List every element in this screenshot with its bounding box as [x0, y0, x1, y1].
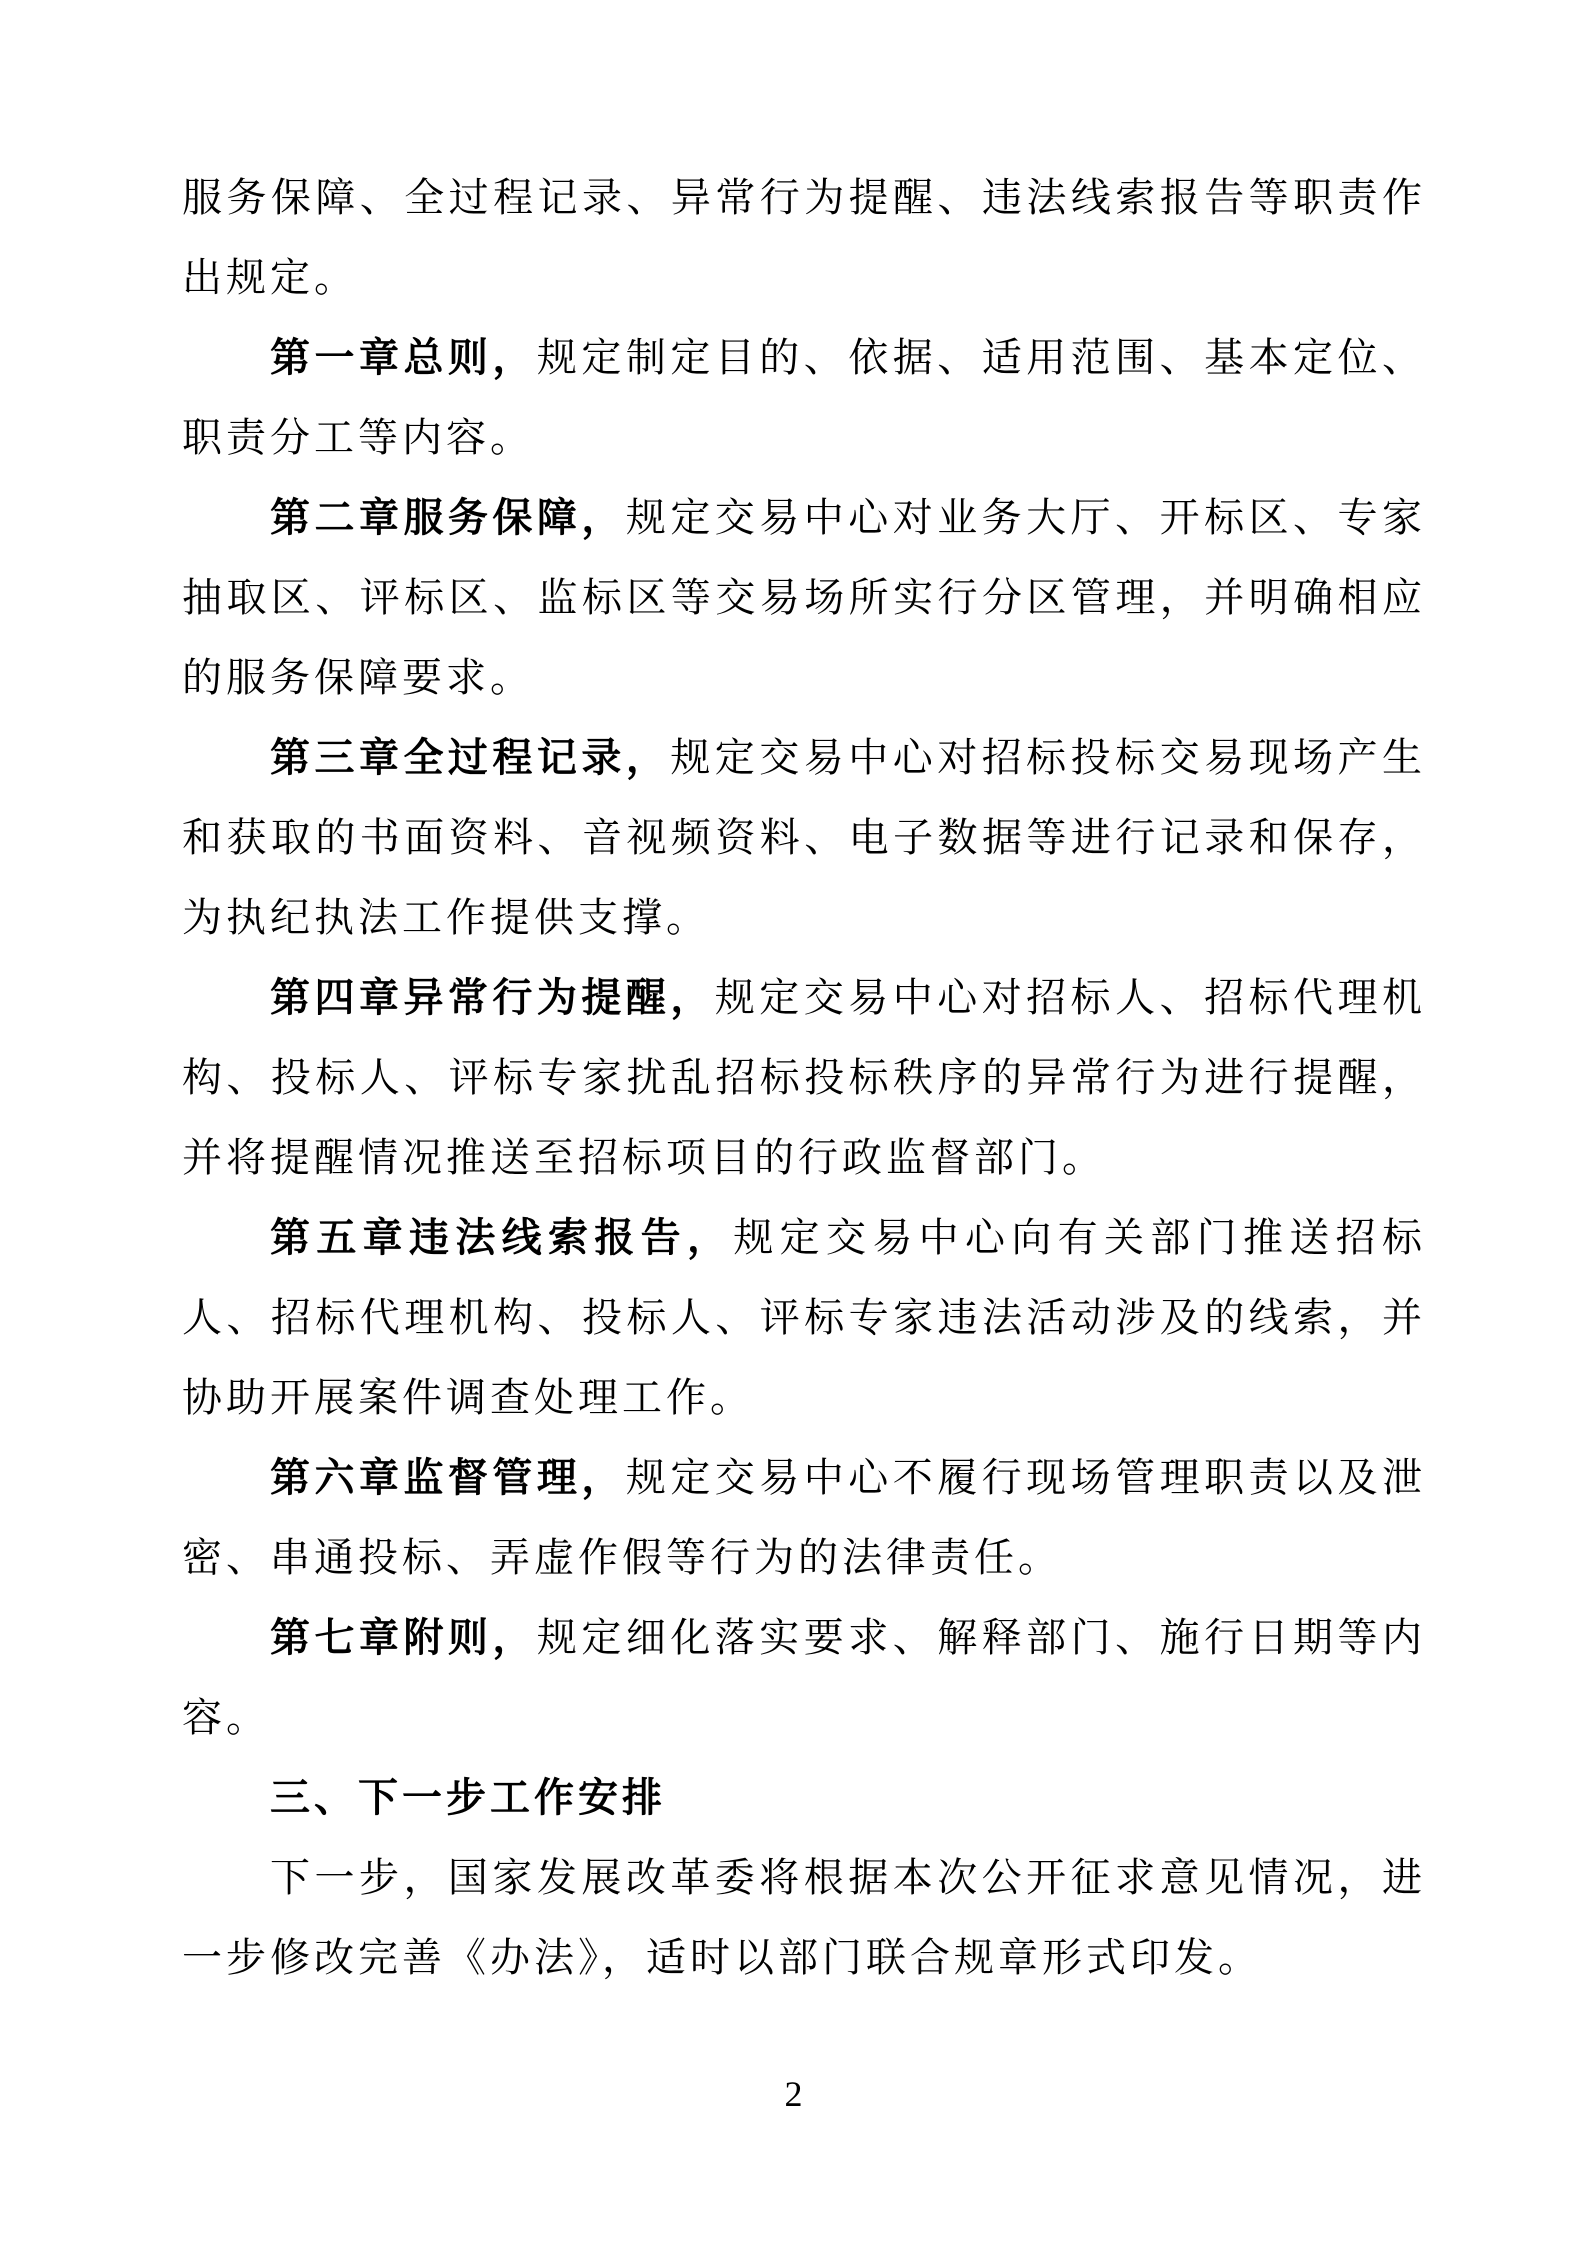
paragraph-lead: 第四章异常行为提醒， — [270, 976, 715, 1020]
paragraph: 第二章服务保障，规定交易中心对业务大厅、开标区、专家抽取区、评标区、监标区等交易… — [182, 478, 1426, 718]
paragraph-lead: 第七章附则， — [270, 1616, 537, 1660]
paragraph: 第四章异常行为提醒，规定交易中心对招标人、招标代理机构、投标人、评标专家扰乱招标… — [182, 958, 1426, 1198]
paragraph: 第五章违法线索报告，规定交易中心向有关部门推送招标人、招标代理机构、投标人、评标… — [182, 1198, 1426, 1438]
paragraph: 第一章总则，规定制定目的、依据、适用范围、基本定位、职责分工等内容。 — [182, 318, 1426, 478]
paragraph: 下一步，国家发展改革委将根据本次公开征求意见情况，进一步修改完善《办法》，适时以… — [182, 1838, 1426, 1998]
paragraph-lead: 第三章全过程记录， — [270, 736, 670, 780]
paragraph-lead: 第六章监督管理， — [270, 1456, 626, 1500]
paragraph: 第三章全过程记录，规定交易中心对招标投标交易现场产生和获取的书面资料、音视频资料… — [182, 718, 1426, 958]
paragraph-lead: 第二章服务保障， — [270, 496, 626, 540]
page-number: 2 — [0, 2072, 1587, 2116]
paragraph: 服务保障、全过程记录、异常行为提醒、违法线索报告等职责作出规定。 — [182, 158, 1426, 318]
paragraph-lead: 三、下一步工作安排 — [270, 1776, 666, 1820]
paragraph-lead: 第五章违法线索报告， — [270, 1216, 733, 1260]
section-heading: 三、下一步工作安排 — [182, 1758, 1426, 1838]
document-page: 服务保障、全过程记录、异常行为提醒、违法线索报告等职责作出规定。第一章总则，规定… — [0, 0, 1587, 2245]
paragraph: 第六章监督管理，规定交易中心不履行现场管理职责以及泄密、串通投标、弄虚作假等行为… — [182, 1438, 1426, 1598]
paragraph: 第七章附则，规定细化落实要求、解释部门、施行日期等内容。 — [182, 1598, 1426, 1758]
document-body: 服务保障、全过程记录、异常行为提醒、违法线索报告等职责作出规定。第一章总则，规定… — [182, 158, 1426, 1998]
paragraph-text: 服务保障、全过程记录、异常行为提醒、违法线索报告等职责作出规定。 — [182, 175, 1426, 300]
paragraph-lead: 第一章总则， — [270, 336, 537, 380]
paragraph-text: 下一步，国家发展改革委将根据本次公开征求意见情况，进一步修改完善《办法》，适时以… — [182, 1855, 1426, 1980]
